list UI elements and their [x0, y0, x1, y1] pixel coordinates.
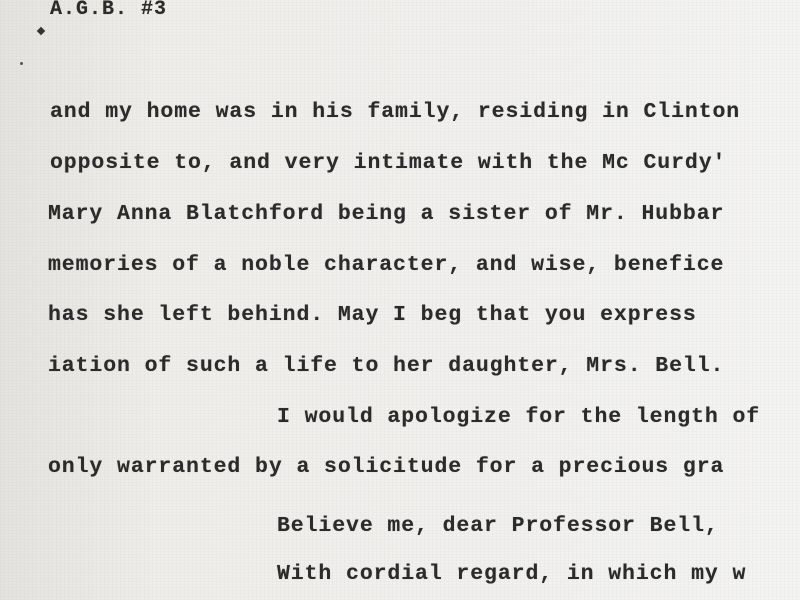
text-line: memories of a noble character, and wise,…	[48, 253, 724, 277]
text-line: has she left behind. May I beg that you …	[48, 303, 697, 327]
text-line: and my home was in his family, residing …	[50, 100, 740, 124]
closing-line: With cordial regard, in which my w	[277, 562, 746, 586]
typewritten-letter-page: A.G.B. #3 and my home was in his family,…	[0, 0, 800, 600]
text-line: opposite to, and very intimate with the …	[50, 151, 726, 175]
text-line: only warranted by a solicitude for a pre…	[48, 455, 724, 479]
text-line: Mary Anna Blatchford being a sister of M…	[48, 202, 724, 226]
text-line: iation of such a life to her daughter, M…	[48, 354, 724, 378]
text-line: I would apologize for the length of	[277, 405, 760, 429]
ink-speck	[20, 62, 23, 65]
page-header-reference: A.G.B. #3	[50, 0, 167, 21]
ink-mark	[37, 27, 45, 35]
closing-salutation: Believe me, dear Professor Bell,	[277, 514, 719, 538]
